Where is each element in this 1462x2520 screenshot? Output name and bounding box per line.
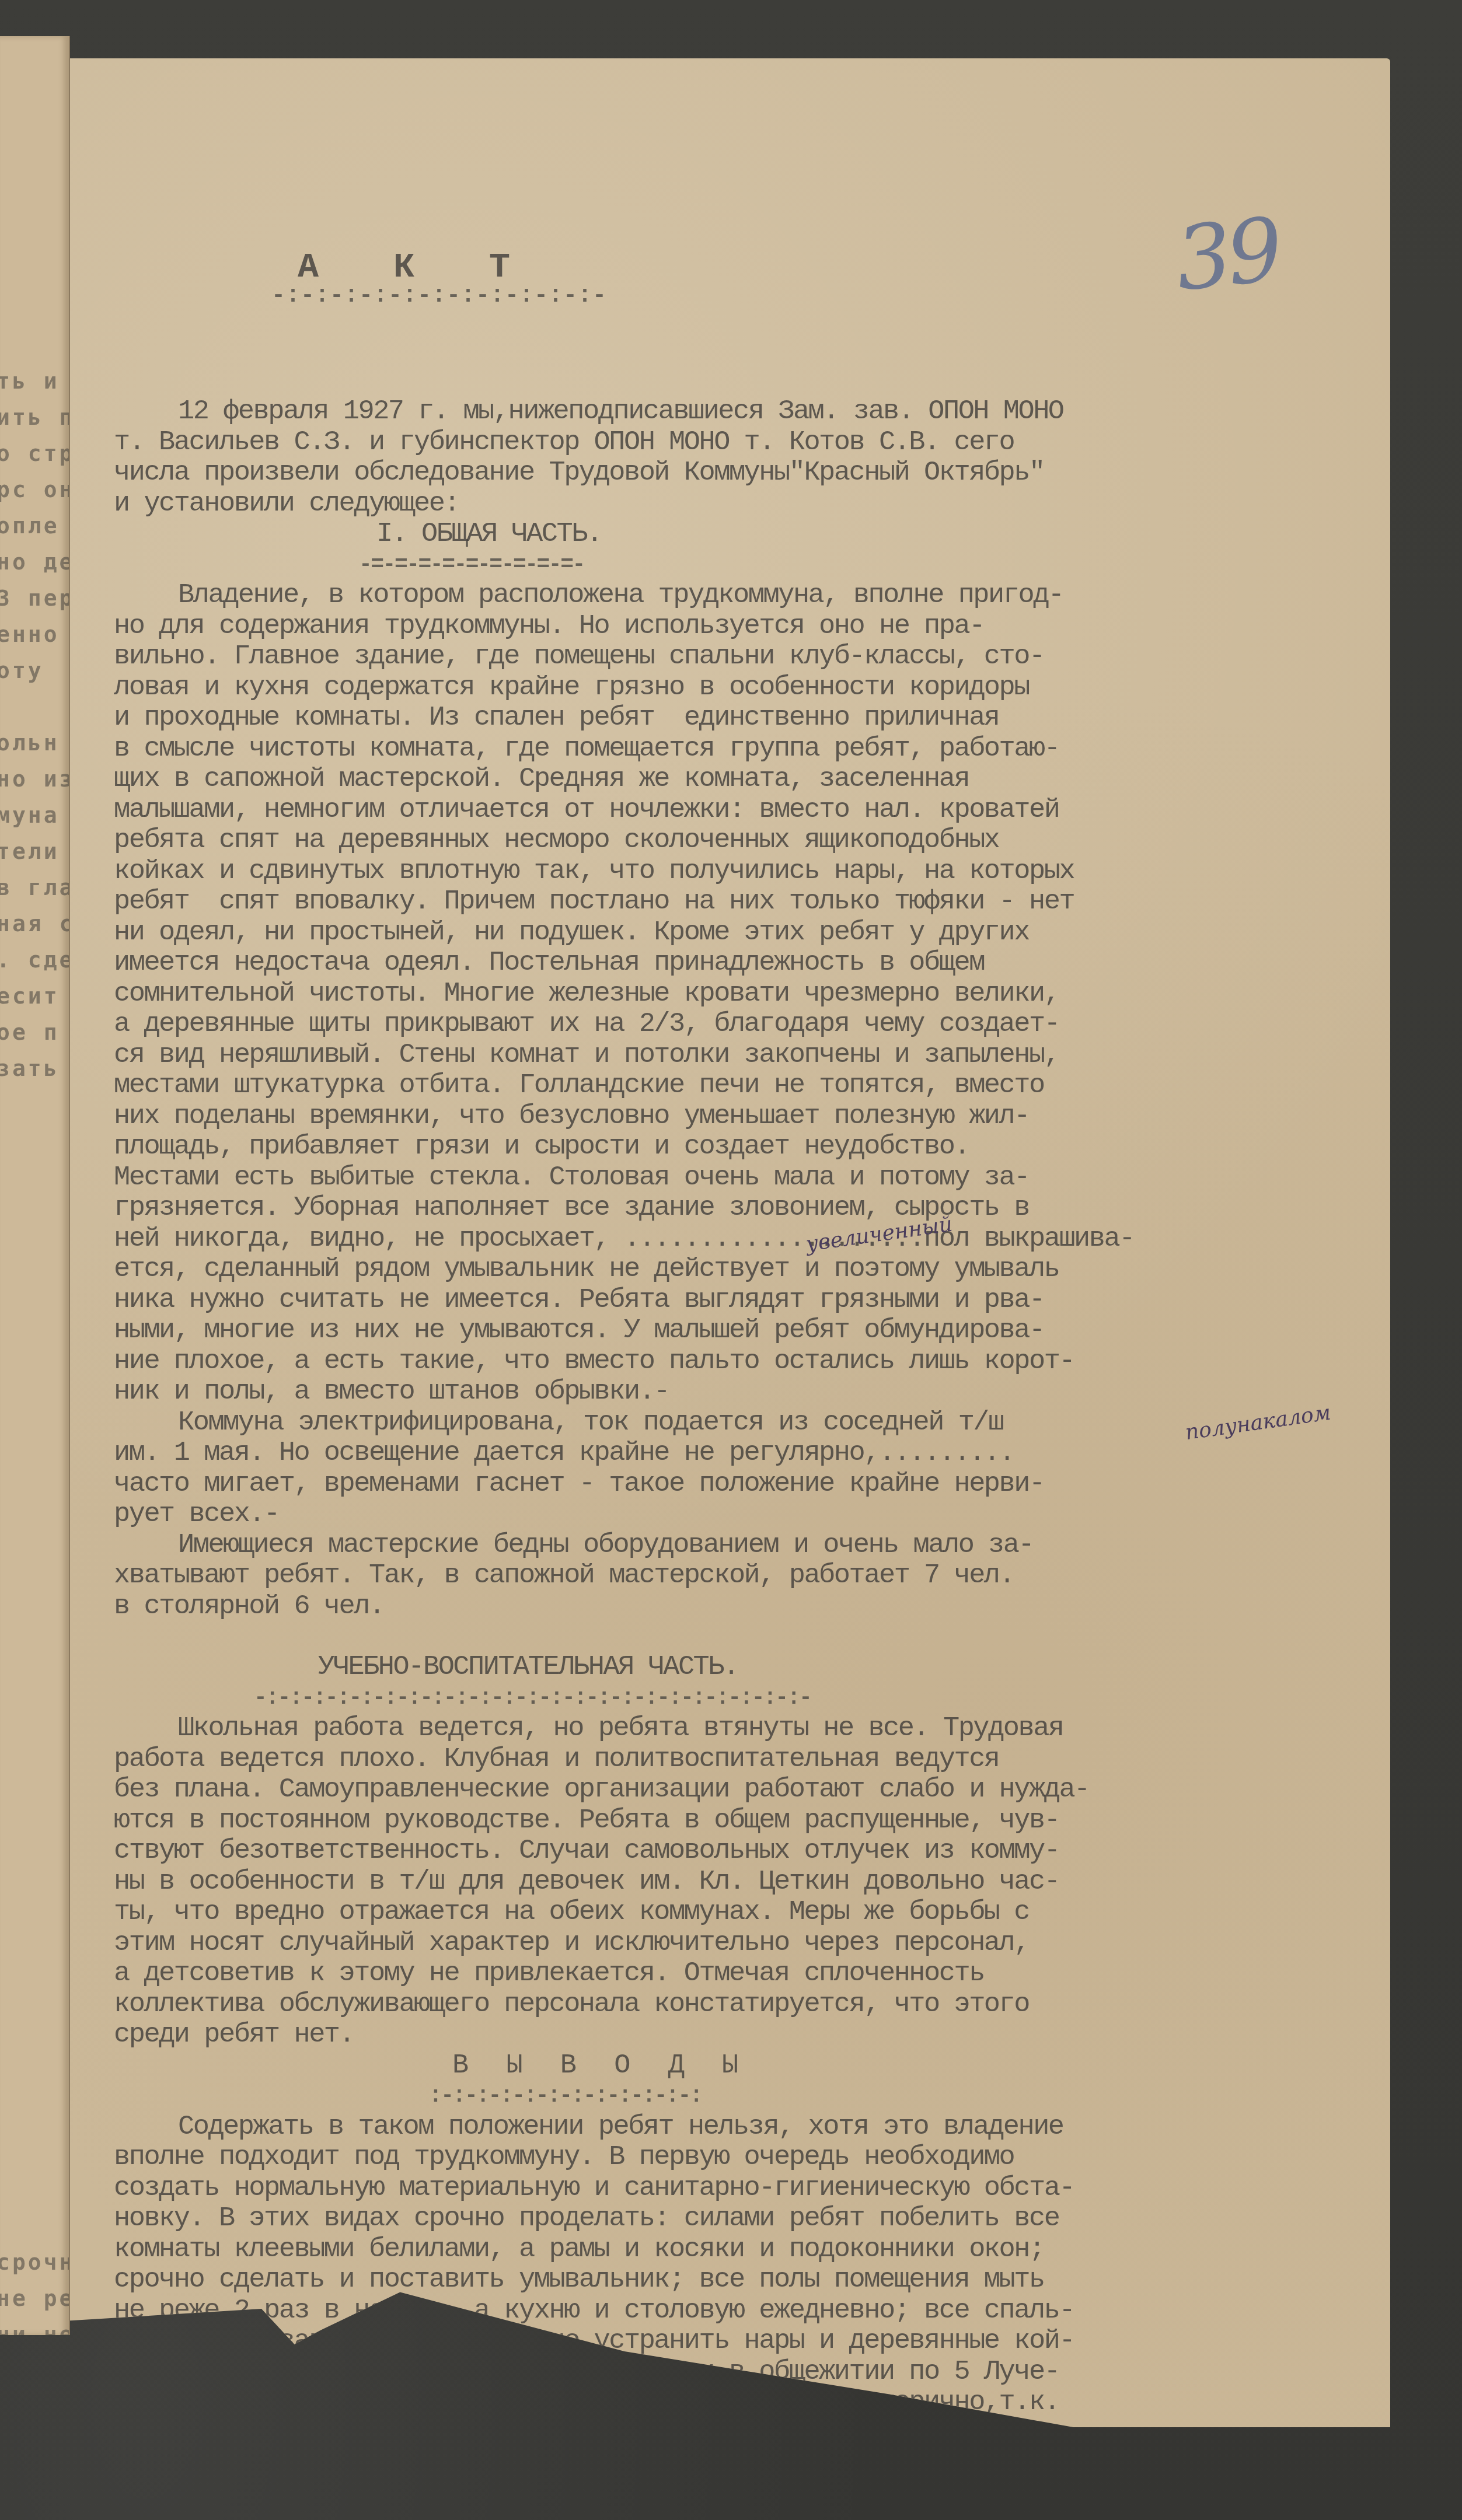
text-line: коллектива обслуживающего персонала конс… bbox=[114, 1990, 1374, 2021]
text-line: в столярной 6 чел. bbox=[114, 1592, 1374, 1623]
text-line: Местами есть выбитые стекла. Столовая оч… bbox=[114, 1163, 1374, 1194]
text-line: а деревянные щиты прикрывают их на 2/3, … bbox=[114, 1009, 1374, 1040]
text-line: Содержать в таком положении ребят нельзя… bbox=[114, 2112, 1374, 2143]
text-line: Школьная работа ведется, но ребята втяну… bbox=[114, 1714, 1374, 1745]
adjacent-left-page: ть и ить п о стр рс она опле но де 3 пер… bbox=[0, 36, 70, 2335]
text-line: но для содержания трудкоммуны. Но исполь… bbox=[114, 611, 1374, 642]
section-education-text: Школьная работа ведется, но ребята втяну… bbox=[114, 1714, 1374, 2051]
document-page: 39 А К Т -:-:-:-:-:-:-:-:-:-:-:- 12 февр… bbox=[70, 58, 1390, 2427]
text-line: ни одеял, ни простыней, ни подушек. Кром… bbox=[114, 918, 1374, 949]
text-line: вильно. Главное здание, где помещены спа… bbox=[114, 642, 1374, 673]
text-line: ребята спят на деревянных несморо сколоч… bbox=[114, 826, 1374, 857]
spacer bbox=[114, 1622, 1374, 1652]
text-line: числа произвели обследование Трудовой Ко… bbox=[114, 458, 1374, 489]
handwritten-page-number: 39 bbox=[1171, 199, 1283, 310]
text-line: этим носят случайный характер и исключит… bbox=[114, 1928, 1374, 1959]
text-line: грязняется. Уборная наполняет все здание… bbox=[114, 1193, 1374, 1224]
text-line: ловая и кухня содержатся крайне грязно в… bbox=[114, 673, 1374, 704]
text-line: хватывают ребят. Так, в сапожной мастерс… bbox=[114, 1561, 1374, 1592]
text-line: сомнительной чистоты. Многие железные кр… bbox=[114, 979, 1374, 1010]
text-line: Владение, в котором расположена трудкомм… bbox=[114, 581, 1374, 611]
title-ornament: -:-:-:-:-:-:-:-:-:-:-:- bbox=[271, 283, 607, 309]
text-line: и проходные комнаты. Из спален ребят еди… bbox=[114, 703, 1374, 734]
text-line: и установили следующее: bbox=[114, 489, 1374, 520]
text-line: ник и полы, а вместо штанов обрывки.- bbox=[114, 1377, 1374, 1408]
text-line: ствуют безответственность. Случаи самово… bbox=[114, 1836, 1374, 1867]
section-heading-education: УЧЕБНО-ВОСПИТАТЕЛЬНАЯ ЧАСТЬ. bbox=[114, 1652, 1374, 1683]
text-line: 12 февраля 1927 г. мы,нижеподписавшиеся … bbox=[114, 397, 1374, 428]
text-line: среди ребят нет. bbox=[114, 2020, 1374, 2051]
text-line: малышами, немногим отличается от ночлежк… bbox=[114, 795, 1374, 826]
intro-paragraph: 12 февраля 1927 г. мы,нижеподписавшиеся … bbox=[114, 397, 1374, 519]
text-line: не реже 2 раз в неделю, а кухню и столов… bbox=[114, 2296, 1374, 2327]
text-line: а детсоветив к этому не привлекается. От… bbox=[114, 1959, 1374, 1990]
text-line: вполне подходит под трудкоммуну. В перву… bbox=[114, 2142, 1374, 2173]
section-heading-underline: -:-:-:-:-:-:-:-:-:-:-:-:-:-:-:-:-:-:-:-:… bbox=[114, 1683, 1374, 1714]
text-line: рует всех.- bbox=[114, 1500, 1374, 1530]
text-line: ты, что вредно отражается на обеих комму… bbox=[114, 1897, 1374, 1928]
text-line: щих в сапожной мастерской. Средняя же ко… bbox=[114, 764, 1374, 795]
text-line: часто мигает, временами гаснет - такое п… bbox=[114, 1469, 1374, 1500]
text-line: срочно сделать и поставить умывальник; в… bbox=[114, 2265, 1374, 2296]
text-line: без плана. Самоуправленческие организаци… bbox=[114, 1775, 1374, 1806]
left-page-text-fragments: ть и ить п о стр рс она опле но де 3 пер… bbox=[0, 363, 70, 2335]
text-line: новку. В этих видах срочно проделать: си… bbox=[114, 2204, 1374, 2235]
text-line: т. Васильев С.З. и губинспектор ОПОН МОН… bbox=[114, 428, 1374, 459]
text-line: создать нормальную материальную и санита… bbox=[114, 2173, 1374, 2204]
text-line: ника нужно считать не имеется. Ребята вы… bbox=[114, 1285, 1374, 1316]
document-title: А К Т bbox=[298, 248, 537, 288]
text-line: местами штукатурка отбита. Голландские п… bbox=[114, 1071, 1374, 1102]
section-heading-underline: :-:-:-:-:-:-:-:-:-:-:-: bbox=[114, 2081, 1374, 2112]
text-line: комнаты клеевыми белилами, а рамы и кося… bbox=[114, 2235, 1374, 2266]
text-line: ными, многие из них не умываются. У малы… bbox=[114, 1316, 1374, 1347]
section-heading-general: I. ОБЩАЯ ЧАСТЬ. bbox=[114, 519, 1374, 550]
text-line: ся вид неряшливый. Стены комнат и потолк… bbox=[114, 1040, 1374, 1071]
text-line: площадь, прибавляет грязи и сырости и со… bbox=[114, 1132, 1374, 1163]
section-heading-conclusions: В Ы В О Д Ы bbox=[114, 2051, 1374, 2082]
text-line: работа ведется плохо. Клубная и политвос… bbox=[114, 1745, 1374, 1775]
text-line: ние плохое, а есть такие, что вместо пал… bbox=[114, 1347, 1374, 1378]
text-line: Имеющиеся мастерские бедны оборудованием… bbox=[114, 1530, 1374, 1561]
text-line: ней никогда, видно, не просыхает, ......… bbox=[114, 1224, 1374, 1255]
section-heading-underline: -=-=-=-=-=-=-=-=-=- bbox=[114, 550, 1374, 581]
text-line: них поделаны времянки, что безусловно ум… bbox=[114, 1102, 1374, 1133]
text-line: ется, сделанный рядом умывальник не дейс… bbox=[114, 1254, 1374, 1285]
text-line: ются в постоянном руководстве. Ребята в … bbox=[114, 1806, 1374, 1837]
text-line: ребят спят вповалку. Причем постлано на … bbox=[114, 887, 1374, 918]
text-line: имеется недостача одеял. Постельная прин… bbox=[114, 948, 1374, 979]
text-line: ны в особенности в т/ш для девочек им. К… bbox=[114, 1867, 1374, 1898]
section-general-text: Владение, в котором расположена трудкомм… bbox=[114, 581, 1374, 1622]
text-line: им. 1 мая. Но освещение дается крайне не… bbox=[114, 1438, 1374, 1469]
text-line: в смысле чистоты комната, где помещается… bbox=[114, 734, 1374, 765]
text-line: койках и сдвинутых вплотную так, что пол… bbox=[114, 857, 1374, 887]
